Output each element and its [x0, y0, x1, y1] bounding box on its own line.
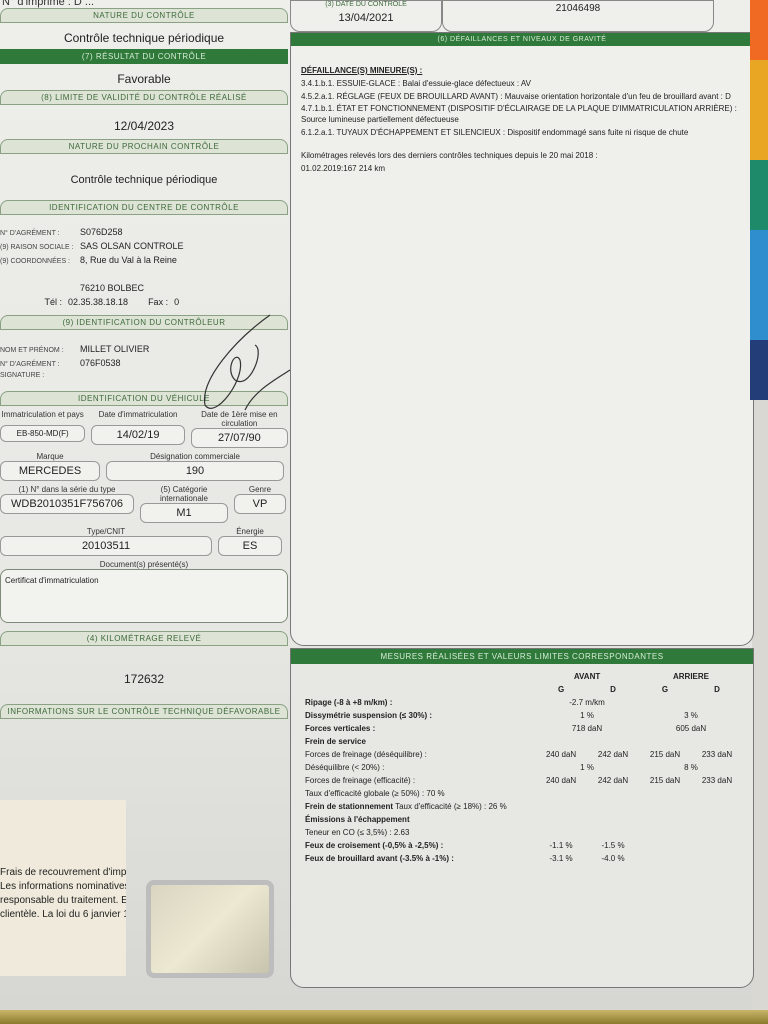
table-row: Feux de croisement (-0,5% à -2,5%) :-1.1…: [303, 839, 743, 852]
energie-label: Énergie: [218, 527, 282, 536]
telephone: 02.35.38.18.18: [68, 297, 128, 307]
defaillances-panel: (6) DÉFAILLANCES ET NIVEAUX DE GRAVITÉ D…: [290, 32, 754, 646]
defaillance-item: 4.5.2.a.1. RÉGLAGE (FEUX DE BROUILLARD A…: [301, 92, 743, 103]
table-row: Ripage (-8 à +8 m/km) :-2.7 m/km: [303, 696, 743, 709]
pv-number: 21046498: [443, 3, 713, 14]
centre-agrement: S076D258: [80, 227, 123, 237]
raison-label: (9) RAISON SOCIALE :: [0, 244, 80, 251]
resultat-value: Favorable: [0, 64, 288, 90]
vehicule-section: Immatriculation et paysEB-850-MD(F) Date…: [0, 406, 288, 627]
categorie-label: (5) Catégorie internationale: [140, 485, 228, 503]
ville: 76210 BOLBEC: [80, 283, 144, 293]
tab-orange: [750, 0, 768, 60]
validite-header: (8) LIMITE DE VALIDITÉ DU CONTRÔLE RÉALI…: [0, 90, 288, 105]
security-hologram: [146, 880, 274, 978]
documents: Certificat d'immatriculation: [0, 569, 288, 623]
mesures-header: MESURES RÉALISÉES ET VALEURS LIMITES COR…: [291, 649, 753, 664]
table-row: Teneur en CO (≤ 3,5%) : 2.63: [303, 826, 743, 839]
km-history-title: Kilométrages relevés lors des derniers c…: [301, 151, 743, 162]
cnit: 20103511: [0, 536, 212, 556]
table-row: Frein de service: [303, 735, 743, 748]
table-row: Déséquilibre (< 20%) :1 %8 %: [303, 761, 743, 774]
table-row: Feux de brouillard avant (-3.5% à -1%) :…: [303, 852, 743, 865]
raison-sociale: SAS OLSAN CONTROLE: [80, 241, 184, 251]
fax: 0: [174, 297, 179, 307]
inspection-report-page: N° d'imprimé : D ... NATURE DU CONTRÔLE …: [0, 0, 752, 1010]
documents-label: Document(s) présenté(s): [0, 560, 288, 569]
centre-section: N° D'AGRÉMENT :S076D258 (9) RAISON SOCIA…: [0, 215, 288, 315]
defaillance-item: 6.1.2.a.1. TUYAUX D'ÉCHAPPEMENT ET SILEN…: [301, 128, 743, 139]
genre-label: Genre: [234, 485, 286, 494]
date-controle: 13/04/2021: [291, 12, 441, 24]
table-row: Forces verticales :718 daN605 daN: [303, 722, 743, 735]
immatriculation: EB-850-MD(F): [0, 425, 85, 442]
mesures-panel: MESURES RÉALISÉES ET VALEURS LIMITES COR…: [290, 648, 754, 988]
energie: ES: [218, 536, 282, 556]
nature-value: Contrôle technique périodique: [0, 23, 288, 49]
tab-blue: [750, 230, 768, 340]
date-immat-label: Date d'immatriculation: [91, 410, 184, 419]
signature-label: SIGNATURE :: [0, 372, 80, 379]
designation: 190: [106, 461, 284, 481]
table-row: Forces de freinage (déséquilibre) :240 d…: [303, 748, 743, 761]
mesures-table: AVANTARRIERE GDGD Ripage (-8 à +8 m/km) …: [303, 670, 743, 865]
tab-yellow: [750, 60, 768, 160]
table-row: Frein de stationnement Taux d'efficacité…: [303, 800, 743, 813]
controleur-nom: MILLET OLIVIER: [80, 344, 149, 354]
prochain-header: NATURE DU PROCHAIN CONTRÔLE: [0, 139, 288, 154]
serie-label: (1) N° dans la série du type: [0, 485, 134, 494]
km-header: (4) KILOMÉTRAGE RELEVÉ: [0, 631, 288, 646]
tel-label: Tél :: [0, 297, 68, 307]
prochain-value: Contrôle technique périodique: [0, 154, 288, 200]
table-row: Émissions à l'échappement: [303, 813, 743, 826]
immat-label: Immatriculation et pays: [0, 410, 85, 419]
tab-green: [750, 160, 768, 230]
designation-label: Désignation commerciale: [106, 452, 284, 461]
defaillance-item: 3.4.1.b.1. ESSUIE-GLACE : Balai d'essuie…: [301, 79, 743, 90]
date-mise-en-circulation: 27/07/90: [191, 428, 288, 448]
imprime-number: N° d'imprimé : D ...: [2, 0, 94, 8]
marque: MERCEDES: [0, 461, 100, 481]
resultat-header: (7) RÉSULTAT DU CONTRÔLE: [0, 49, 288, 64]
defaillances-header: (6) DÉFAILLANCES ET NIVEAUX DE GRAVITÉ: [291, 33, 753, 46]
binder-edge: [0, 1010, 768, 1024]
tab-navy: [750, 340, 768, 400]
genre: VP: [234, 494, 286, 514]
controleur-agrement: 076F0538: [80, 358, 121, 368]
cnit-label: Type/CNIT: [0, 527, 212, 536]
km-value: 172632: [0, 646, 288, 704]
table-row: Forces de freinage (efficacité) :240 daN…: [303, 774, 743, 787]
categorie: M1: [140, 503, 228, 523]
km-history: 01.02.2019:167 214 km: [301, 164, 743, 175]
date-immatriculation: 14/02/19: [91, 425, 184, 445]
fax-label: Fax :: [148, 297, 168, 307]
nature-header: NATURE DU CONTRÔLE: [0, 8, 288, 23]
table-row: Taux d'efficacité globale (≥ 50%) : 70 %: [303, 787, 743, 800]
adresse: 8, Rue du Val à la Reine: [80, 255, 177, 265]
ctrl-agrement-label: N° D'AGRÉMENT :: [0, 361, 80, 368]
legal-text: Frais de recouvrement d'imp Les informat…: [0, 866, 126, 922]
centre-header: IDENTIFICATION DU CENTRE DE CONTRÔLE: [0, 200, 288, 215]
marque-label: Marque: [0, 452, 100, 461]
centre-agrement-label: N° D'AGRÉMENT :: [0, 230, 80, 237]
defaillances-title: DÉFAILLANCE(S) MINEURE(S) :: [301, 66, 743, 77]
vin: WDB2010351F756706: [0, 494, 134, 514]
table-row: Dissymétrie suspension (≤ 30%) :1 %3 %: [303, 709, 743, 722]
pv-number-box: 21046498: [442, 0, 714, 32]
defavorable-header: INFORMATIONS SUR LE CONTRÔLE TECHNIQUE D…: [0, 704, 288, 719]
date-label: (3) DATE DU CONTRÔLE: [291, 1, 441, 8]
nom-label: NOM ET PRÉNOM :: [0, 347, 80, 354]
coord-label: (9) COORDONNÉES :: [0, 258, 80, 265]
signature-icon: [195, 310, 295, 420]
date-box: (3) DATE DU CONTRÔLE 13/04/2021: [290, 0, 442, 32]
validite-value: 12/04/2023: [0, 105, 288, 139]
defaillance-item: 4.7.1.b.1. ÉTAT ET FONCTIONNEMENT (DISPO…: [301, 104, 743, 126]
color-index-tabs: [750, 0, 768, 400]
